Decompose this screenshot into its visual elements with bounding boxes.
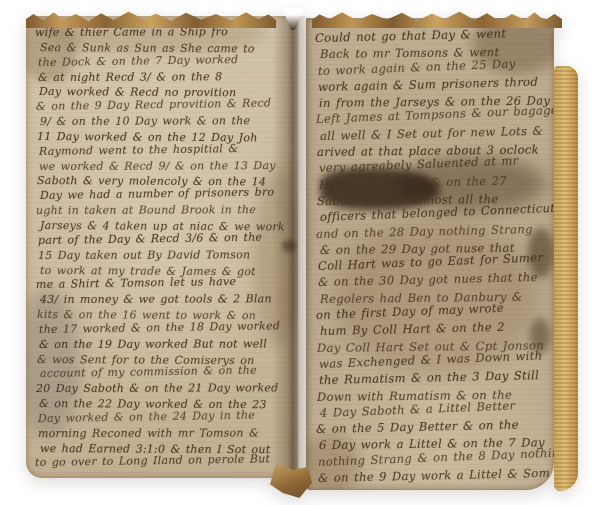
handwritten-line: ught in taken at Bound Brook in the (35, 203, 298, 219)
right-page: Could not go that Day & wentBack to mr T… (306, 18, 554, 490)
handwritten-line: the Rumatism & on the 3 Day Still (319, 367, 552, 389)
handwritten-line: & at night Recd 3/ & on the 8 (38, 69, 298, 85)
handwritten-line: morning Reconed with mr Tomson & (38, 426, 298, 441)
handwritten-line: 43/ in money & we got tools & 2 Blan (40, 292, 298, 308)
handwritten-line: hum By Coll Hart & on the 2 (320, 318, 552, 340)
handwritten-line: Day we had a number of prisoners bro (40, 185, 298, 204)
handwritten-line: the 17 worked & on the 18 Day worked (39, 319, 298, 338)
handwritten-line: the Dock & on the 7 Day worked (37, 52, 298, 71)
right-page-handwriting: Could not go that Day & wentBack to mr T… (315, 30, 552, 486)
handwritten-line: part of the Day & Recd 3/6 & on the (38, 230, 298, 249)
handwritten-line: me a Shirt & Tomson let us have (35, 274, 298, 293)
handwritten-line: 20 Day Saboth & on the 21 Day worked (36, 382, 298, 398)
handwritten-line: we worked & Recd 9/ & on the 13 Day (39, 159, 298, 175)
handwritten-line: Day worked & on the 24 Day in the (38, 408, 298, 427)
diary-book: wife & thier Came in a Ship froSea & Sun… (20, 8, 580, 496)
handwritten-line: to go over to Long Iland on perole But (35, 452, 298, 471)
handwritten-line: 15 Day taken out By David Tomson (38, 248, 298, 264)
handwritten-line: 9/ & on the 10 Day work & on the (40, 114, 298, 130)
handwritten-line: & on the 30 Day got nues that the (318, 269, 552, 291)
handwritten-line: & on the 19 Day worked But not well (39, 337, 298, 353)
handwritten-line: account of my commission & on the (40, 363, 298, 382)
left-page-handwriting: wife & thier Came in a Ship froSea & Sun… (35, 26, 298, 471)
handwritten-line: & on the 9 Day Recd provition & Recd (36, 96, 298, 115)
photo-background: wife & thier Came in a Ship froSea & Sun… (0, 0, 600, 505)
left-page: wife & thier Came in a Ship froSea & Sun… (26, 16, 298, 478)
book-gutter-shadow (272, 16, 312, 486)
fore-edge-page-stack (554, 66, 578, 491)
handwritten-line: Raymond went to the hospitial & (39, 141, 298, 160)
